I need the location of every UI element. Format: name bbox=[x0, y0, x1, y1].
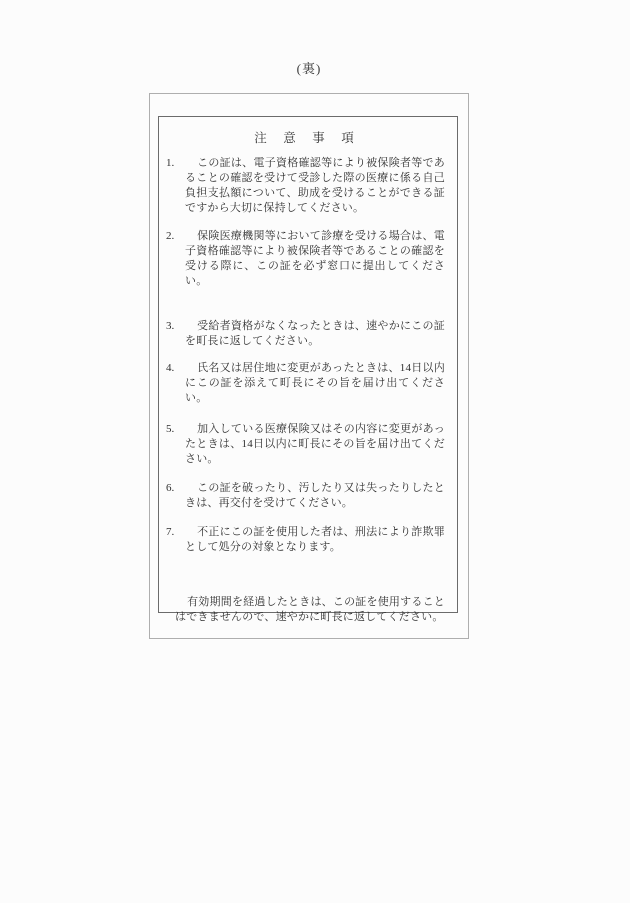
item-number: 4. bbox=[165, 361, 185, 406]
item-text: 不正にこの証を使用した者は、刑法により詐欺罪として処分の対象となります。 bbox=[185, 525, 445, 555]
notice-item-3: 3. 受給者資格がなくなったときは、速やかにこの証を町長に返してください。 bbox=[165, 319, 445, 349]
notice-item-5: 5. 加入している医療保険又はその内容に変更があったときは、14日以内に町長にそ… bbox=[165, 422, 445, 467]
notice-box: 注 意 事 項 1. この証は、電子資格確認等により被保険者等であることの確認を… bbox=[158, 116, 458, 613]
notice-item-6: 6. この証を破ったり、汚したり又は失ったりしたときは、再交付を受けてください。 bbox=[165, 481, 445, 511]
item-number: 3. bbox=[165, 319, 185, 349]
item-text: この証は、電子資格確認等により被保険者等であることの確認を受けて受診した際の医療… bbox=[185, 156, 445, 216]
item-number: 1. bbox=[165, 156, 185, 216]
item-text: 加入している医療保険又はその内容に変更があったときは、14日以内に町長にその旨を… bbox=[185, 422, 445, 467]
item-number: 5. bbox=[165, 422, 185, 467]
item-number: 2. bbox=[165, 229, 185, 289]
closing-note: 有効期間を経過したときは、この証を使用することはできませんので、速やかに町長に返… bbox=[175, 595, 445, 625]
side-label: (裏) bbox=[149, 58, 469, 77]
item-number: 6. bbox=[165, 481, 185, 511]
notice-item-7: 7. 不正にこの証を使用した者は、刑法により詐欺罪として処分の対象となります。 bbox=[165, 525, 445, 555]
item-text: 受給者資格がなくなったときは、速やかにこの証を町長に返してください。 bbox=[185, 319, 445, 349]
notice-item-4: 4. 氏名又は居住地に変更があったときは、14日以内にこの証を添えて町長にその旨… bbox=[165, 361, 445, 406]
notice-item-1: 1. この証は、電子資格確認等により被保険者等であることの確認を受けて受診した際… bbox=[165, 156, 445, 216]
item-text: この証を破ったり、汚したり又は失ったりしたときは、再交付を受けてください。 bbox=[185, 481, 445, 511]
card-back-outer-border: 注 意 事 項 1. この証は、電子資格確認等により被保険者等であることの確認を… bbox=[149, 93, 469, 639]
item-text: 保険医療機関等において診療を受ける場合は、電子資格確認等により被保険者等であるこ… bbox=[185, 229, 445, 289]
item-text: 氏名又は居住地に変更があったときは、14日以内にこの証を添えて町長にその旨を届け… bbox=[185, 361, 445, 406]
item-number: 7. bbox=[165, 525, 185, 555]
notice-item-2: 2. 保険医療機関等において診療を受ける場合は、電子資格確認等により被保険者等で… bbox=[165, 229, 445, 289]
notice-title: 注 意 事 項 bbox=[165, 131, 445, 146]
